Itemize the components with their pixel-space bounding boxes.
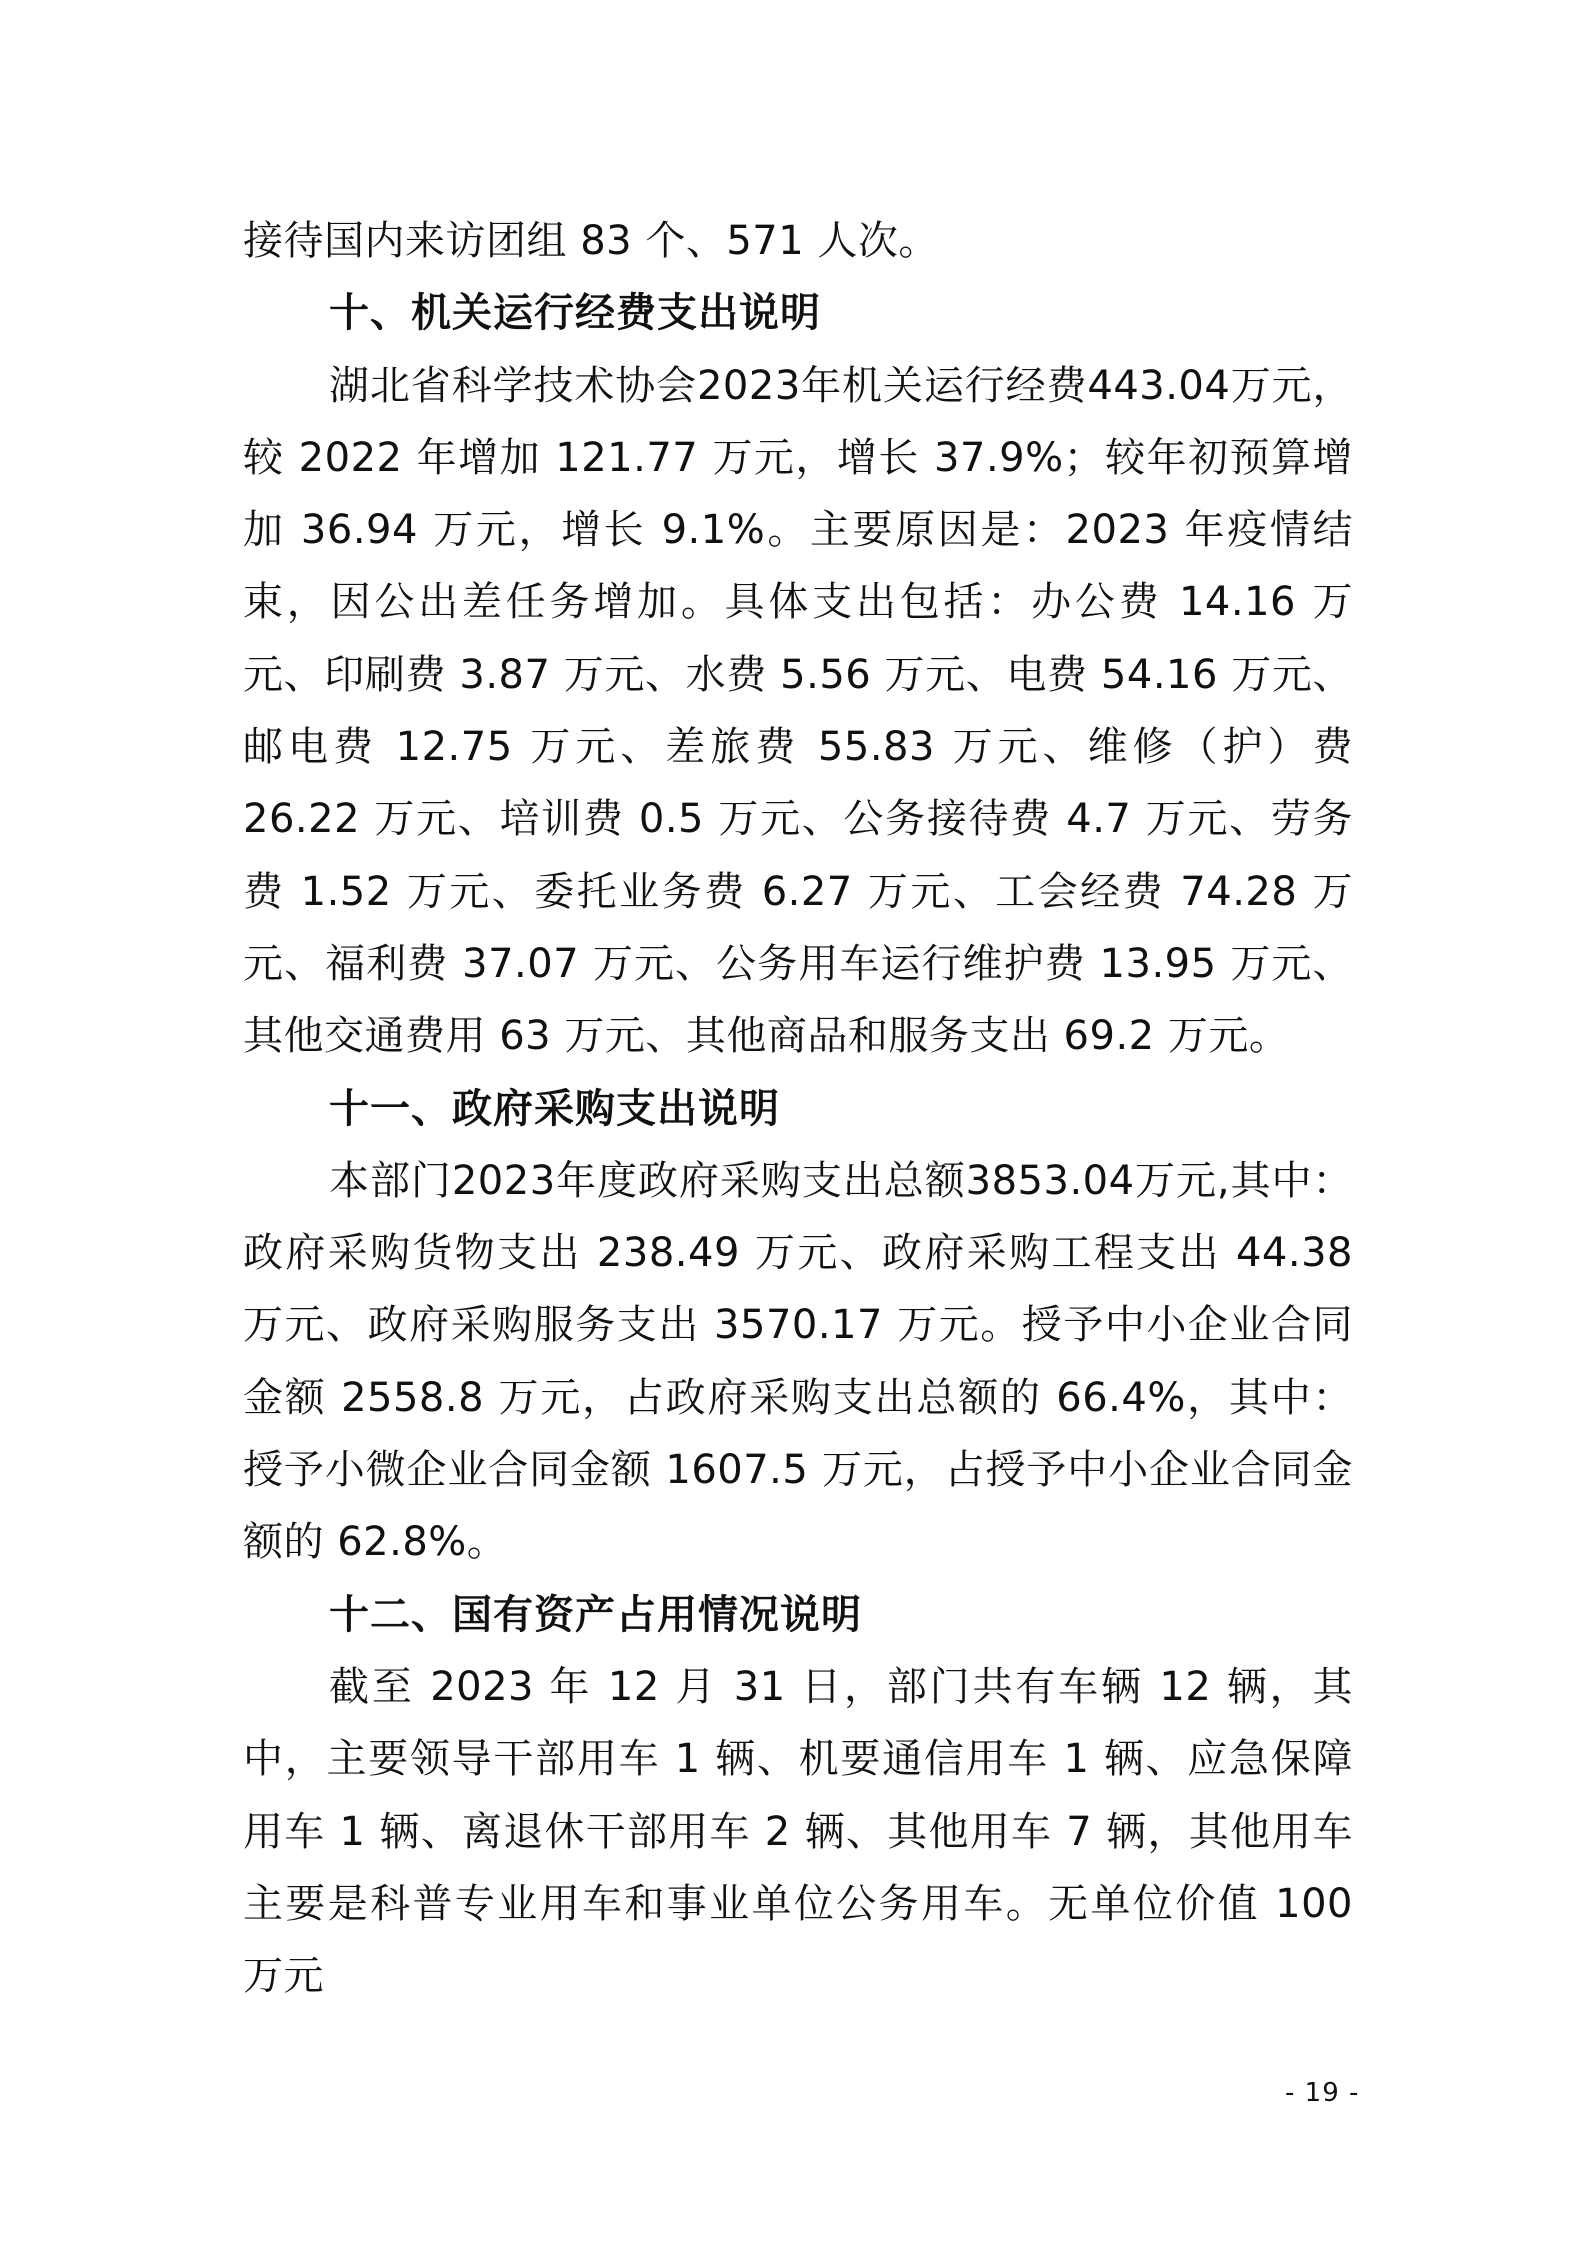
section-heading-operating-expenses: 十、机关运行经费支出说明 [243,277,1353,349]
body-paragraph-state-assets: 截至 2023 年 12 月 31 日，部门共有车辆 12 辆，其中，主要领导干… [243,1651,1353,2012]
body-paragraph-reception: 接待国内来访团组 83 个、571 人次。 [243,205,1353,277]
document-page: 接待国内来访团组 83 个、571 人次。 十、机关运行经费支出说明 湖北省科学… [243,205,1353,2012]
section-heading-government-procurement: 十一、政府采购支出说明 [243,1073,1353,1145]
section-heading-state-assets: 十二、国有资产占用情况说明 [243,1579,1353,1651]
body-paragraph-operating-expenses: 湖北省科学技术协会2023年机关运行经费443.04万元，较 2022 年增加 … [243,350,1353,1073]
page-number: - 19 - [1285,2078,1359,2108]
body-paragraph-government-procurement: 本部门2023年度政府采购支出总额3853.04万元,其中：政府采购货物支出 2… [243,1145,1353,1579]
